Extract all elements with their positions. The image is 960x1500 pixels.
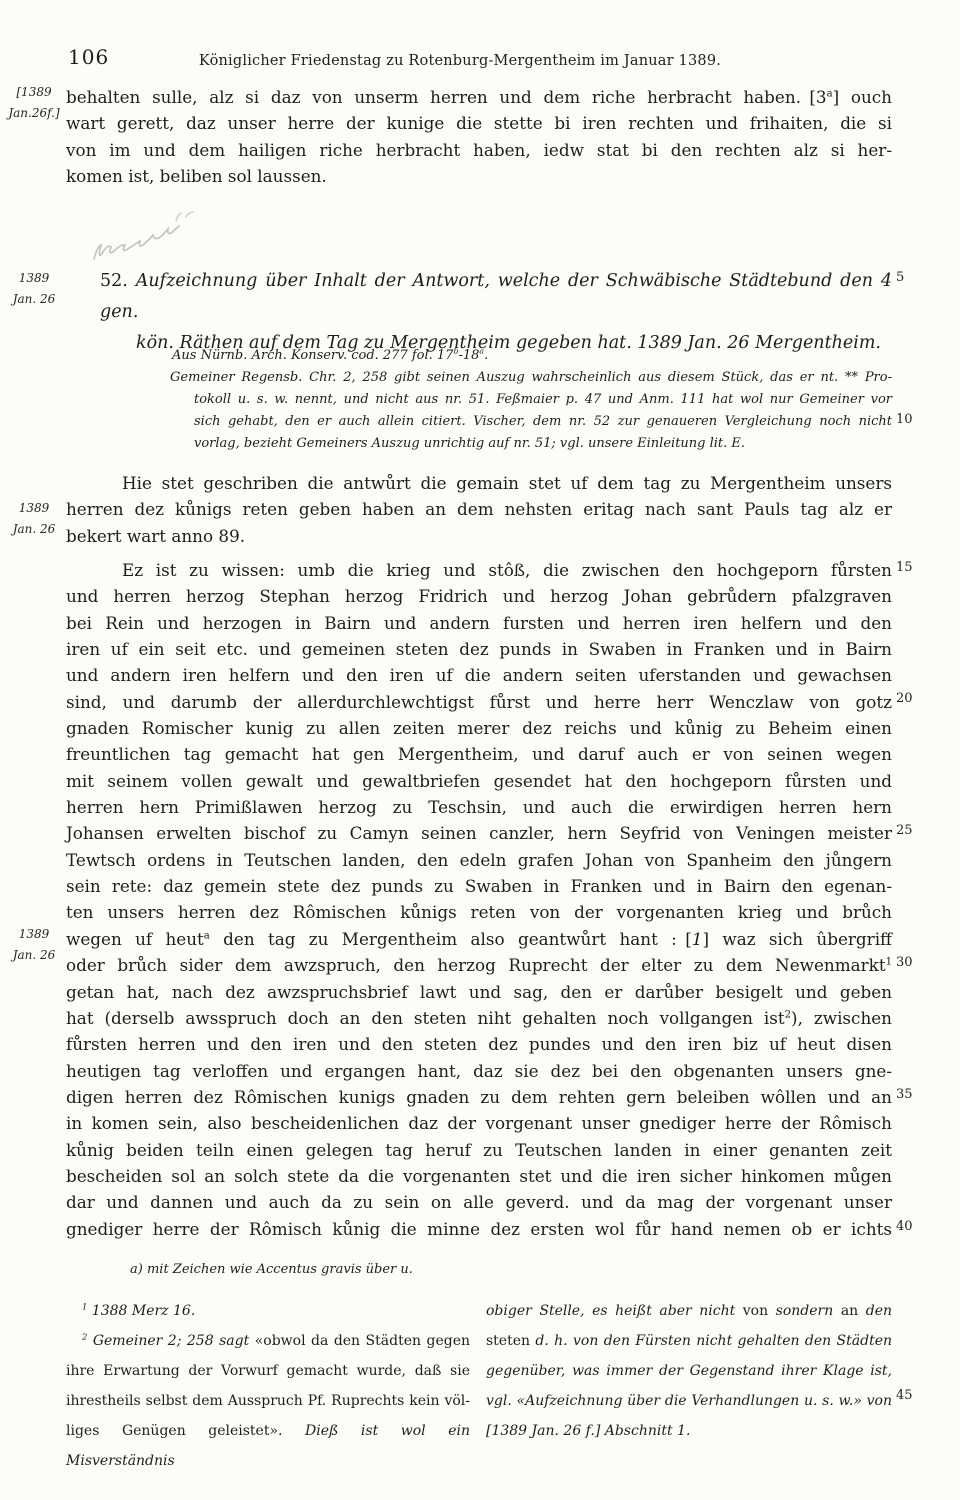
text-line: komen ist, beliben sol laussen. xyxy=(66,163,892,189)
text-line: dar und dannen und auch da zu sein on al… xyxy=(66,1189,892,1215)
text-line: vorlag, bezieht Gemeiners Auszug unricht… xyxy=(170,433,892,455)
body-paragraph-1: Hie stet geschriben die antwůrt die gema… xyxy=(66,470,892,549)
text-line: bei Rein und herzogen in Bairn und ander… xyxy=(66,610,892,636)
margin-note-line: Jan. 26 xyxy=(2,945,66,966)
handwritten-mark xyxy=(88,205,208,267)
source-commentary-note: Gemeiner Regensb. Chr. 2, 258 gibt seine… xyxy=(170,367,892,455)
margin-note-line: Jan. 26 xyxy=(2,519,66,540)
text-line: heutigen tag verloffen und ergangen hant… xyxy=(66,1058,892,1084)
text-line: gnediger herre der Rômisch kůnig die min… xyxy=(66,1216,892,1242)
line-number-15: 15 xyxy=(896,560,922,575)
text-line: Johansen erwelten bischof zu Camyn seine… xyxy=(66,820,892,846)
text-line: fůrsten herren und den iren und den stet… xyxy=(66,1031,892,1057)
text-line: von im und dem hailigen riche herbracht … xyxy=(66,137,892,163)
margin-note-line: Jan. 26 xyxy=(2,289,66,310)
line-number-45: 45 xyxy=(896,1388,922,1403)
text-line: und herren herzog Stephan herzog Fridric… xyxy=(66,583,892,609)
text-line: vgl. «Aufzeichnung über die Verhandlunge… xyxy=(486,1386,892,1416)
text-line: hat (derselb awsspruch doch an den stete… xyxy=(66,1005,892,1031)
running-title: Königlicher Friedenstag zu Rotenburg-Mer… xyxy=(0,53,920,69)
text-line: Gemeiner Regensb. Chr. 2, 258 gibt seine… xyxy=(170,367,892,389)
text-line: bekert wart anno 89. xyxy=(66,523,892,549)
source-provenance-note: Aus Nürnb. Arch. Konserv. cod. 277 fol. … xyxy=(172,345,872,367)
text-line: tokoll u. s. w. nennt, und nicht aus nr.… xyxy=(170,389,892,411)
text-line: behalten sulle, alz si daz von unserm he… xyxy=(66,84,892,110)
margin-note-entry51-date: [1389 Jan.26f.] xyxy=(2,82,66,124)
text-line: Tewtsch ordens in Teutschen landen, den … xyxy=(66,847,892,873)
margin-note-line: 1389 xyxy=(2,268,66,289)
text-line: 1 1388 Merz 16. xyxy=(66,1296,470,1326)
text-line: sich gehabt, den er auch allein citiert.… xyxy=(170,411,892,433)
apparatus-note: a) mit Zeichen wie Accentus gravis über … xyxy=(130,1262,413,1277)
line-number-10: 10 xyxy=(896,412,922,427)
text-line: bescheiden sol an solch stete da die vor… xyxy=(66,1163,892,1189)
margin-note-entry52-date: 1389 Jan. 26 xyxy=(2,268,66,310)
body-paragraph-2: Ez ist zu wissen: umb die krieg und stôß… xyxy=(66,557,892,1242)
footnote-2-left-column: 2 Gemeiner 2; 258 sagt «obwol da den Stä… xyxy=(66,1326,470,1476)
text-line: mit seinem vollen gewalt und gewaltbrief… xyxy=(66,768,892,794)
text-line: herren hern Primißlawen herzog zu Teschs… xyxy=(66,794,892,820)
line-number-5: 5 xyxy=(896,270,922,285)
text-line: ihrestheils selbst dem Ausspruch Pf. Rup… xyxy=(66,1386,470,1416)
text-line: liges Genügen geleistet». Dieß ist wol e… xyxy=(66,1416,470,1476)
margin-note-line: 1389 xyxy=(2,498,66,519)
text-line: freuntlichen tag gemacht hat gen Mergent… xyxy=(66,741,892,767)
text-line: kůnig beiden teiln einen gelegen tag her… xyxy=(66,1137,892,1163)
text-line: sind, und darumb der allerdurchlewchtigs… xyxy=(66,689,892,715)
margin-note-line: Jan.26f.] xyxy=(2,103,66,124)
text-line: 52. Aufzeichnung über Inhalt der Antwort… xyxy=(100,266,892,328)
text-line: Ez ist zu wissen: umb die krieg und stôß… xyxy=(66,557,892,583)
text-line: in komen sein, also bescheidenlichen daz… xyxy=(66,1110,892,1136)
text-line: gnaden Romischer kunig zu allen zeiten m… xyxy=(66,715,892,741)
text-line: wegen uf heuta den tag zu Mergentheim al… xyxy=(66,926,892,952)
line-number-35: 35 xyxy=(896,1087,922,1102)
text-line: gegenüber, was immer der Gegenstand ihre… xyxy=(486,1356,892,1386)
line-number-25: 25 xyxy=(896,823,922,838)
text-line: Aus Nürnb. Arch. Konserv. cod. 277 fol. … xyxy=(172,345,872,367)
text-line: sein rete: daz gemein stete dez punds zu… xyxy=(66,873,892,899)
text-line: ihre Erwartung der Vorwurf gemacht wurde… xyxy=(66,1356,470,1386)
text-line: obiger Stelle, es heißt aber nicht von s… xyxy=(486,1296,892,1326)
margin-note-line: [1389 xyxy=(2,82,66,103)
entry51-continuation-paragraph: behalten sulle, alz si daz von unserm he… xyxy=(66,84,892,189)
text-line: 2 Gemeiner 2; 258 sagt «obwol da den Stä… xyxy=(66,1326,470,1356)
text-line: Hie stet geschriben die antwůrt die gema… xyxy=(66,470,892,496)
margin-note-body-date-2: 1389 Jan. 26 xyxy=(2,924,66,966)
text-line: wart gerett, daz unser herre der kunige … xyxy=(66,110,892,136)
margin-note-body-date-1: 1389 Jan. 26 xyxy=(2,498,66,540)
text-line: iren uf ein seit etc. und gemeinen stete… xyxy=(66,636,892,662)
text-line: herren dez kůnigs reten geben haben an d… xyxy=(66,496,892,522)
text-line: steten d. h. von den Fürsten nicht gehal… xyxy=(486,1326,892,1356)
footnote-2-right-column: obiger Stelle, es heißt aber nicht von s… xyxy=(486,1296,892,1446)
line-number-40: 40 xyxy=(896,1219,922,1234)
text-line: und andern iren helfern und den iren uf … xyxy=(66,662,892,688)
book-page: 106 Königlicher Friedenstag zu Rotenburg… xyxy=(0,0,960,1500)
text-line: ten unsers herren dez Rômischen kůnigs r… xyxy=(66,899,892,925)
text-line: [1389 Jan. 26 f.] Abschnitt 1. xyxy=(486,1416,892,1446)
margin-note-line: 1389 xyxy=(2,924,66,945)
line-number-20: 20 xyxy=(896,691,922,706)
text-line: digen herren dez Rômischen kunigs gnaden… xyxy=(66,1084,892,1110)
footnote-1: 1 1388 Merz 16. xyxy=(66,1296,470,1326)
line-number-30: 30 xyxy=(896,955,922,970)
text-line: getan hat, nach dez awzspruchsbrief lawt… xyxy=(66,979,892,1005)
text-line: oder brůch sider dem awzspruch, den herz… xyxy=(66,952,892,978)
